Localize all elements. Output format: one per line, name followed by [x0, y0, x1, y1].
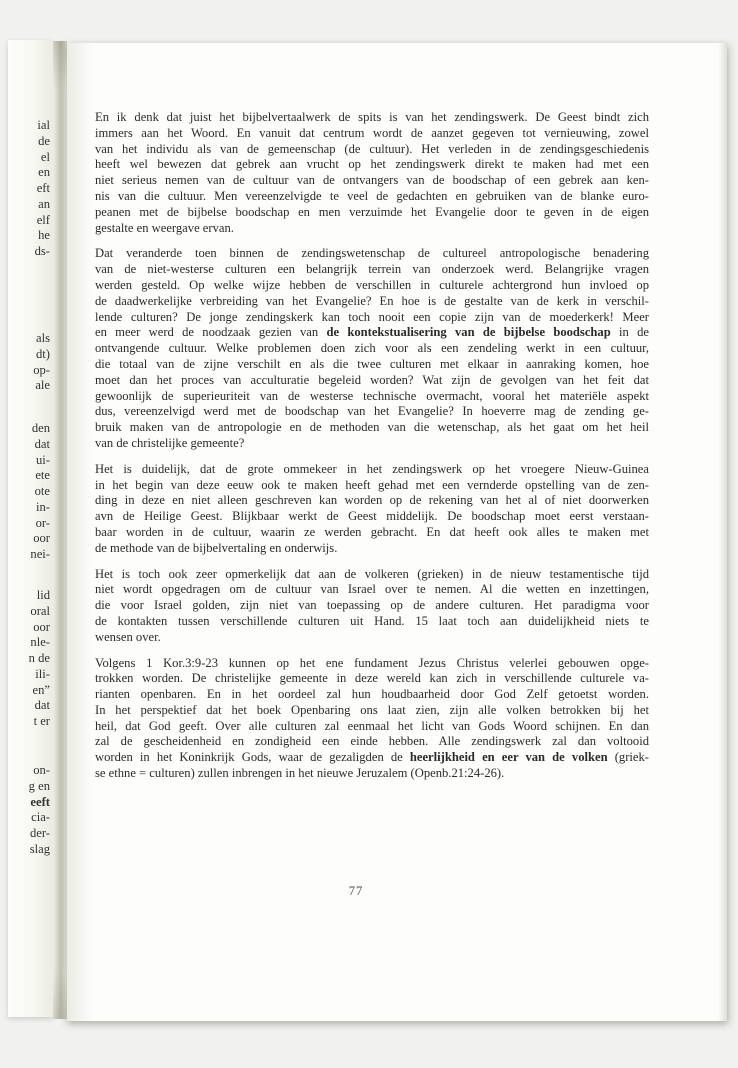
- text-segment: heil, dat God geeft. Over alle culturen …: [95, 719, 649, 733]
- text-segment: cia-: [31, 810, 50, 824]
- margin-fragment-group: alsdt)op-ale: [33, 331, 50, 394]
- previous-page-edge: ialdeeleneftanelfheds-alsdt)op-aledendat…: [8, 40, 53, 1017]
- text-line: heil, dat God geeft. Over alle culturen …: [95, 719, 649, 735]
- text-segment: oor: [33, 531, 50, 545]
- text-line: Het is duidelijk, dat de grote ommekeer …: [95, 462, 649, 478]
- text-segment: worden in het Koninkrijk Gods, waar de g…: [95, 750, 410, 764]
- text-line: se ethne = culturen) zullen inbrengen in…: [95, 766, 649, 782]
- text-segment: or-: [36, 516, 50, 530]
- margin-fragment-line: g en: [29, 779, 50, 795]
- text-line: zal de gescheidenheid en zondigheid een …: [95, 734, 649, 750]
- text-segment: ds-: [35, 244, 50, 258]
- text-line: heeft wel bewezen dat gebrek aan vrucht …: [95, 157, 649, 173]
- text-segment: gewoonlijk de superieuriteit van de west…: [95, 389, 649, 403]
- text-line: worden in het Koninkrijk Gods, waar de g…: [95, 750, 649, 766]
- text-segment: ui-: [36, 453, 50, 467]
- text-segment: se ethne = culturen) zullen inbrengen in…: [95, 766, 504, 780]
- text-segment: avn de Heilige Geest. Blijkbaar werkt de…: [95, 509, 649, 523]
- margin-fragment-line: op-: [33, 363, 50, 379]
- margin-fragment-line: der-: [29, 826, 50, 842]
- text-segment: ontvangende cultuur. Welke problemen doe…: [95, 341, 649, 355]
- text-segment: oral: [30, 604, 50, 618]
- text-line: niet serieus nemen van de cultuur van de…: [95, 173, 649, 189]
- text-segment: on-: [33, 763, 50, 777]
- text-segment: lende culturen? De jonge zendingskerk ka…: [95, 310, 649, 324]
- margin-fragment-line: ote: [30, 484, 50, 500]
- text-line: En ik denk dat juist het bijbelvertaalwe…: [95, 110, 649, 126]
- text-line: Volgens 1 Kor.3:9-23 kunnen op het ene f…: [95, 656, 649, 672]
- text-segment: ili-: [35, 667, 50, 681]
- text-line: moet dan het proces van acculturatie beg…: [95, 373, 649, 389]
- text-block: En ik denk dat juist het bijbelvertaalwe…: [95, 110, 649, 792]
- text-segment: van de niet-westerse culturen een belang…: [95, 262, 649, 276]
- text-segment: die voor Israel golden, zijn niet van to…: [95, 598, 649, 612]
- text-segment: wensen over.: [95, 630, 161, 644]
- margin-fragment-line: n de: [29, 651, 50, 667]
- text-segment: heerlijkheid en eer van de volken: [410, 750, 608, 764]
- text-line: in het begin van deze eeuw ook te maken …: [95, 478, 649, 494]
- margin-fragment-line: oor: [29, 620, 50, 636]
- text-segment: eft: [37, 181, 50, 195]
- margin-fragment-line: nei-: [30, 547, 50, 563]
- text-segment: an: [38, 197, 50, 211]
- text-segment: de: [38, 134, 50, 148]
- margin-fragment-line: ui-: [30, 453, 50, 469]
- text-line: bruik maken van de antropologie en de me…: [95, 420, 649, 436]
- margin-fragment-group: dendatui-eteotein-or-oornei-: [30, 421, 50, 563]
- text-line: Het is toch ook zeer opmerkelijk dat aan…: [95, 567, 649, 583]
- text-segment: ale: [35, 378, 50, 392]
- text-segment: van de christelijke gemeente?: [95, 436, 244, 450]
- text-segment: moet dan het proces van acculturatie beg…: [95, 373, 649, 387]
- text-line: niet wordt opgedragen om de cultuur van …: [95, 582, 649, 598]
- text-segment: nei-: [30, 547, 50, 561]
- margin-fragment-line: oral: [29, 604, 50, 620]
- text-segment: dat: [35, 698, 50, 712]
- margin-fragment-line: t er: [29, 714, 50, 730]
- margin-fragment-line: en: [35, 165, 50, 181]
- text-segment: Het is duidelijk, dat de grote ommekeer …: [95, 462, 649, 476]
- text-line: de kontakten tussen verschillende cultur…: [95, 614, 649, 630]
- text-line: die voor Israel golden, zijn niet van to…: [95, 598, 649, 614]
- text-line: van het individu als van de gemeenschap …: [95, 142, 649, 158]
- text-segment: nle-: [30, 635, 50, 649]
- text-segment: heeft wel bewezen dat gebrek aan vrucht …: [95, 157, 649, 171]
- text-line: avn de Heilige Geest. Blijkbaar werkt de…: [95, 509, 649, 525]
- text-line: de methode van de bijbelvertaling en ond…: [95, 541, 649, 557]
- text-segment: elf: [37, 213, 50, 227]
- text-segment: el: [41, 150, 50, 164]
- margin-fragment-line: lid: [29, 588, 50, 604]
- text-segment: Het is toch ook zeer opmerkelijk dat aan…: [95, 567, 649, 581]
- text-segment: lid: [37, 588, 50, 602]
- text-segment: in de: [611, 325, 649, 339]
- text-segment: (griek-: [608, 750, 649, 764]
- text-segment: rianten openbaren. En in het oordeel zal…: [95, 687, 649, 701]
- margin-fragment-line: ete: [30, 468, 50, 484]
- text-line: nis van die cultuur. Men vereenzelvigde …: [95, 189, 649, 205]
- book-spread: ialdeeleneftanelfheds-alsdt)op-aledendat…: [0, 0, 738, 1068]
- margin-fragment-line: cia-: [29, 810, 50, 826]
- text-segment: oor: [33, 620, 50, 634]
- margin-fragment-line: he: [35, 228, 50, 244]
- text-line: ontvangende cultuur. Welke problemen doe…: [95, 341, 649, 357]
- text-line: gewoonlijk de superieuriteit van de west…: [95, 389, 649, 405]
- text-segment: he: [38, 228, 50, 242]
- text-segment: van het individu als van de gemeenschap …: [95, 142, 649, 156]
- margin-fragment-line: nle-: [29, 635, 50, 651]
- text-segment: dat: [35, 437, 50, 451]
- paragraph: Dat veranderde toen binnen de zendingswe…: [95, 246, 649, 451]
- text-segment: en: [38, 165, 50, 179]
- margin-fragment-group: lidoraloornle-n deili-en”datt er: [29, 588, 50, 730]
- text-segment: baar worden in de cultuur, waarin ze wer…: [95, 525, 649, 539]
- text-segment: de kontekstualisering van de bijbelse bo…: [326, 325, 610, 339]
- text-segment: peanen met de bijbelse boodschap en men …: [95, 205, 649, 219]
- text-line: werden gesteld. Op welke wijze hebben de…: [95, 278, 649, 294]
- margin-fragment-line: an: [35, 197, 50, 213]
- text-segment: in het begin van deze eeuw ook te maken …: [95, 478, 649, 492]
- margin-fragment-line: oor: [30, 531, 50, 547]
- margin-fragment-line: in-: [30, 500, 50, 516]
- margin-fragment-line: el: [35, 150, 50, 166]
- text-line: en meer werd de noodzaak gezien van de k…: [95, 325, 649, 341]
- margin-fragment-line: de: [35, 134, 50, 150]
- margin-fragment-line: elf: [35, 213, 50, 229]
- text-segment: En ik denk dat juist het bijbelvertaalwe…: [95, 110, 649, 124]
- margin-fragment-line: ili-: [29, 667, 50, 683]
- text-segment: gestalte en weergave ervan.: [95, 221, 234, 235]
- margin-fragment-line: or-: [30, 516, 50, 532]
- text-segment: en meer werd de noodzaak gezien van: [95, 325, 326, 339]
- text-line: van de niet-westerse culturen een belang…: [95, 262, 649, 278]
- text-line: In het perspektief dat het boek Openbari…: [95, 703, 649, 719]
- margin-fragment-line: ale: [33, 378, 50, 394]
- margin-fragment-line: eeft: [29, 795, 50, 811]
- text-segment: dt): [36, 347, 50, 361]
- text-segment: werden gesteld. Op welke wijze hebben de…: [95, 278, 649, 292]
- margin-fragment-group: on-g eneeftcia-der-slag: [29, 763, 50, 858]
- text-line: rianten openbaren. En in het oordeel zal…: [95, 687, 649, 703]
- text-line: die totaal van de zijne verschilt en als…: [95, 357, 649, 373]
- margin-fragment-line: slag: [29, 842, 50, 858]
- text-segment: zal de gescheidenheid en zondigheid een …: [95, 734, 649, 748]
- text-segment: de methode van de bijbelvertaling en ond…: [95, 541, 337, 555]
- margin-fragment-line: als: [33, 331, 50, 347]
- margin-fragment-line: eft: [35, 181, 50, 197]
- text-line: de daadwerkelijke verbreiding van het Ev…: [95, 294, 649, 310]
- text-segment: ete: [35, 468, 50, 482]
- margin-fragment-line: ial: [35, 118, 50, 134]
- paragraph: Het is toch ook zeer opmerkelijk dat aan…: [95, 567, 649, 646]
- text-line: ding in deze en niet alleen geschreven k…: [95, 493, 649, 509]
- paragraph: Het is duidelijk, dat de grote ommekeer …: [95, 462, 649, 557]
- text-line: baar worden in de cultuur, waarin ze wer…: [95, 525, 649, 541]
- text-segment: op-: [33, 363, 50, 377]
- text-segment: en”: [33, 683, 50, 697]
- margin-fragment-line: en”: [29, 683, 50, 699]
- text-segment: immers aan het Woord. En vanuit dat cent…: [95, 126, 649, 140]
- text-line: immers aan het Woord. En vanuit dat cent…: [95, 126, 649, 142]
- margin-fragment-group: ialdeeleneftanelfheds-: [35, 118, 50, 260]
- text-line: trokken worden. De christelijke gemeente…: [95, 671, 649, 687]
- text-line: dus, vereenzelvigd werd met de boodschap…: [95, 404, 649, 420]
- text-segment: als: [36, 331, 50, 345]
- text-segment: ote: [35, 484, 50, 498]
- book-page: En ik denk dat juist het bijbelvertaalwe…: [67, 43, 727, 1021]
- text-segment: niet serieus nemen van de cultuur van de…: [95, 173, 649, 187]
- text-segment: ial: [37, 118, 50, 132]
- text-segment: trokken worden. De christelijke gemeente…: [95, 671, 649, 685]
- text-segment: eeft: [30, 795, 50, 809]
- text-segment: den: [32, 421, 50, 435]
- text-segment: der-: [30, 826, 50, 840]
- text-line: gestalte en weergave ervan.: [95, 221, 649, 237]
- text-segment: ding in deze en niet alleen geschreven k…: [95, 493, 649, 507]
- text-segment: dus, vereenzelvigd werd met de boodschap…: [95, 404, 649, 418]
- text-segment: bruik maken van de antropologie en de me…: [95, 420, 649, 434]
- text-segment: Volgens 1 Kor.3:9-23 kunnen op het ene f…: [95, 656, 649, 670]
- text-line: peanen met de bijbelse boodschap en men …: [95, 205, 649, 221]
- text-line: lende culturen? De jonge zendingskerk ka…: [95, 310, 649, 326]
- text-segment: in-: [36, 500, 50, 514]
- text-segment: de daadwerkelijke verbreiding van het Ev…: [95, 294, 649, 308]
- margin-fragment-line: dt): [33, 347, 50, 363]
- text-line: Dat veranderde toen binnen de zendingswe…: [95, 246, 649, 262]
- page-gutter: [53, 41, 67, 1019]
- margin-fragment-line: dat: [30, 437, 50, 453]
- paragraph: Volgens 1 Kor.3:9-23 kunnen op het ene f…: [95, 656, 649, 782]
- text-segment: nis van die cultuur. Men vereenzelvigde …: [95, 189, 649, 203]
- text-segment: de kontakten tussen verschillende cultur…: [95, 614, 649, 628]
- text-segment: g en: [29, 779, 50, 793]
- text-segment: t er: [34, 714, 50, 728]
- paragraph: En ik denk dat juist het bijbelvertaalwe…: [95, 110, 649, 236]
- margin-fragment-line: on-: [29, 763, 50, 779]
- page-number: 77: [79, 884, 633, 899]
- text-segment: n de: [29, 651, 50, 665]
- text-line: van de christelijke gemeente?: [95, 436, 649, 452]
- text-segment: slag: [30, 842, 50, 856]
- text-segment: niet wordt opgedragen om de cultuur van …: [95, 582, 649, 596]
- margin-fragment-line: ds-: [35, 244, 50, 260]
- margin-fragment-line: dat: [29, 698, 50, 714]
- text-line: wensen over.: [95, 630, 649, 646]
- text-segment: die totaal van de zijne verschilt en als…: [95, 357, 649, 371]
- margin-fragment-line: den: [30, 421, 50, 437]
- text-segment: In het perspektief dat het boek Openbari…: [95, 703, 649, 717]
- text-segment: Dat veranderde toen binnen de zendingswe…: [95, 246, 649, 260]
